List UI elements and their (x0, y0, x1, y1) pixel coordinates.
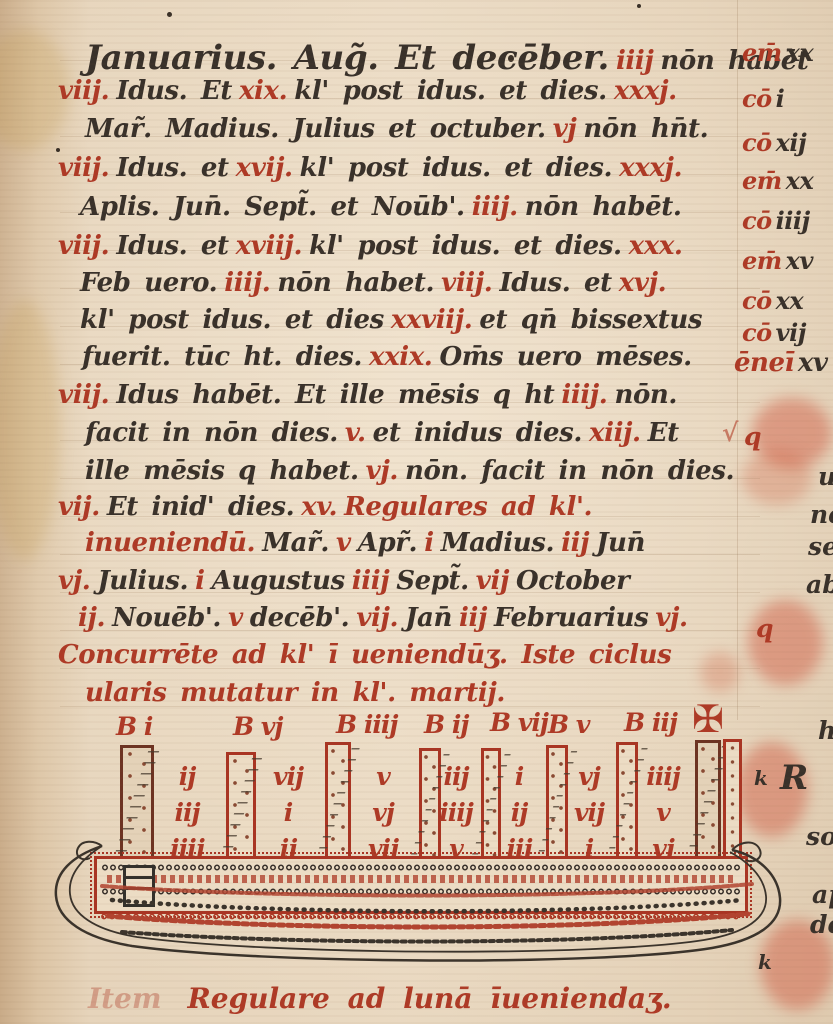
manuscript-page: Januarius. Aug̃. Et decēber.iiijnōn habē… (0, 0, 833, 1024)
paper-grain (0, 0, 833, 1024)
